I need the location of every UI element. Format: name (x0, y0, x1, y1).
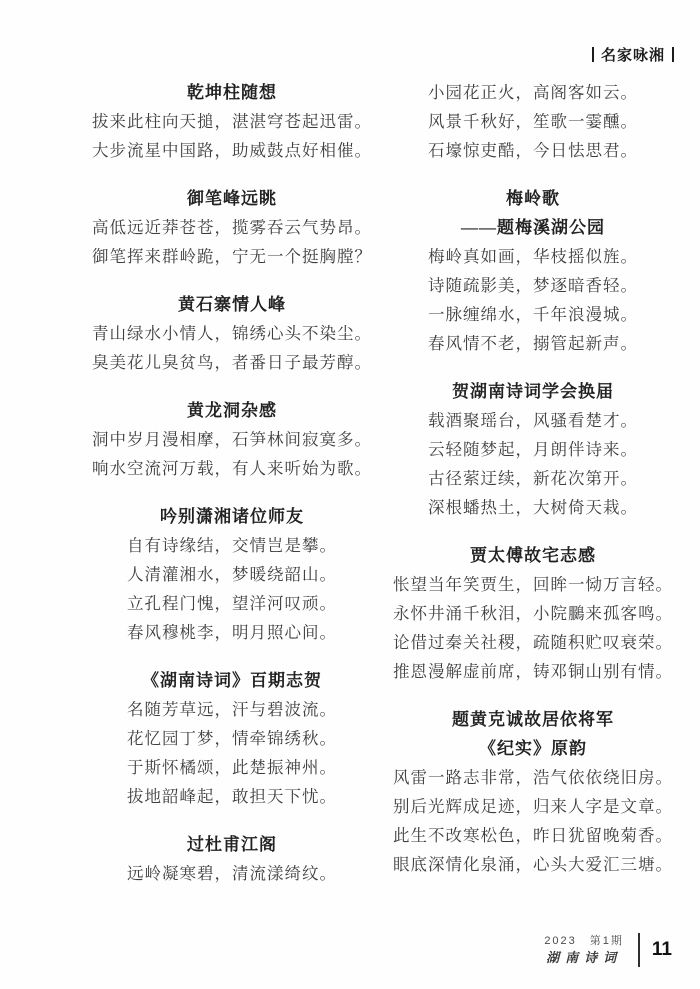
poem-line: 立孔程门愧，望洋河叹顽。 (127, 589, 337, 618)
poem-line: 眼底深情化泉涌，心头大爱汇三塘。 (393, 850, 673, 879)
poem-line: 别后光辉成足迹，归来人字是文章。 (393, 792, 673, 821)
poem-line: 春风情不老，搦管起新声。 (428, 329, 638, 358)
poem-line: 永怀井涌千秋泪，小院鵩来孤客鸣。 (393, 599, 673, 628)
poem-line: 深根蟠热土，大树倚天栽。 (428, 493, 638, 522)
poem-line: 自有诗缘结，交情岂是攀。 (127, 531, 337, 560)
footer-divider (638, 933, 640, 967)
poem-line: 诗随疏影美，梦逐暗香轻。 (428, 271, 638, 300)
poem-title: 过杜甫江阁 (187, 830, 277, 859)
poem-block: 过杜甫江阁远岭凝寒碧，清流漾绮纹。 (86, 830, 378, 888)
poem-line: 臭美花儿臭贫鸟，者番日子最芳醇。 (92, 348, 372, 377)
poem-body: 梅岭真如画，华枝摇似旌。诗随疏影美，梦逐暗香轻。一脉缠绵水，千年浪漫城。春风情不… (428, 242, 638, 358)
poem-line: 春风穆桃李，明月照心间。 (127, 618, 337, 647)
poem-title: 吟别潇湘诸位师友 (160, 502, 304, 531)
poem-line: 高低远近莽苍苍，揽雾吞云气势昂。 (92, 213, 372, 242)
poem-block: 梅岭歌——题梅溪湖公园梅岭真如画，华枝摇似旌。诗随疏影美，梦逐暗香轻。一脉缠绵水… (390, 184, 676, 358)
poem-line: 拔地韶峰起，敢担天下忧。 (127, 782, 337, 811)
poem-column-left: 乾坤柱随想拔来此柱向天搥，湛湛穹苍起迅雷。大步流星中国路，助威鼓点好相催。御笔峰… (86, 78, 378, 888)
poem-line: 怅望当年笑贾生，回眸一恸万言轻。 (393, 570, 673, 599)
poem-body: 怅望当年笑贾生，回眸一恸万言轻。永怀井涌千秋泪，小院鵩来孤客鸣。论借过秦关社稷，… (393, 570, 673, 686)
poem-block: 御笔峰远眺高低远近莽苍苍，揽雾吞云气势昂。御笔挥来群岭跪，宁无一个挺胸膛？ (86, 184, 378, 271)
poem-title: 贾太傅故宅志感 (470, 541, 596, 570)
poem-line: 此生不改寒松色，昨日犹留晚菊香。 (393, 821, 673, 850)
poem-body: 远岭凝寒碧，清流漾绮纹。 (127, 859, 337, 888)
issue-label: 2023 第1期 (544, 934, 624, 949)
header-bar-right-icon (672, 47, 674, 62)
poem-line: 大步流星中国路，助威鼓点好相催。 (92, 136, 372, 165)
poem-block: 黄石寨情人峰青山绿水小情人，锦绣心头不染尘。臭美花儿臭贫鸟，者番日子最芳醇。 (86, 290, 378, 377)
journal-name: 湖南诗词 (544, 949, 624, 967)
poem-body: 青山绿水小情人，锦绣心头不染尘。臭美花儿臭贫鸟，者番日子最芳醇。 (92, 319, 372, 377)
poem-line: 御笔挥来群岭跪，宁无一个挺胸膛？ (92, 242, 372, 271)
poem-title: 乾坤柱随想 (187, 78, 277, 107)
section-title: 名家咏湘 (601, 44, 665, 65)
poem-block: 小园花正火，高阁客如云。风景千秋好，笙歌一霎醺。石壕惊吏酷，今日怯思君。 (390, 78, 676, 165)
poem-block: 题黄克诚故居依将军《纪实》原韵风雷一路志非常，浩气依依绕旧房。别后光辉成足迹，归… (390, 705, 676, 879)
poem-block: 贺湖南诗词学会换届载酒聚瑶台，风骚看楚才。云轻随梦起，月朗伴诗来。古径萦迂续，新… (390, 377, 676, 522)
poem-body: 名随芳草远，汗与碧波流。花忆园丁梦，情牵锦绣秋。于斯怀橘颂，此楚振神州。拔地韶峰… (127, 695, 337, 811)
poem-subtitle: ——题梅溪湖公园 (461, 213, 605, 242)
poem-block: 贾太傅故宅志感怅望当年笑贾生，回眸一恸万言轻。永怀井涌千秋泪，小院鵩来孤客鸣。论… (390, 541, 676, 686)
poem-title: 《湖南诗词》百期志贺 (142, 666, 322, 695)
poem-body: 自有诗缘结，交情岂是攀。人清灌湘水，梦暖绕韶山。立孔程门愧，望洋河叹顽。春风穆桃… (127, 531, 337, 647)
poem-line: 梅岭真如画，华枝摇似旌。 (428, 242, 638, 271)
poem-line: 花忆园丁梦，情牵锦绣秋。 (127, 724, 337, 753)
poem-line: 载酒聚瑶台，风骚看楚才。 (428, 406, 638, 435)
poem-line: 风景千秋好，笙歌一霎醺。 (428, 107, 638, 136)
poem-line: 响水空流河万载，有人来听始为歌。 (92, 454, 372, 483)
poem-body: 小园花正火，高阁客如云。风景千秋好，笙歌一霎醺。石壕惊吏酷，今日怯思君。 (428, 78, 638, 165)
poem-block: 黄龙洞杂感洞中岁月漫相摩，石笋林间寂寞多。响水空流河万载，有人来听始为歌。 (86, 396, 378, 483)
poem-line: 论借过秦关社稷，疏随积贮叹衰荣。 (393, 628, 673, 657)
poem-line: 青山绿水小情人，锦绣心头不染尘。 (92, 319, 372, 348)
journal-page: 名家咏湘 乾坤柱随想拔来此柱向天搥，湛湛穹苍起迅雷。大步流星中国路，助威鼓点好相… (0, 0, 700, 989)
poem-line: 洞中岁月漫相摩，石笋林间寂寞多。 (92, 425, 372, 454)
poem-body: 载酒聚瑶台，风骚看楚才。云轻随梦起，月朗伴诗来。古径萦迂续，新花次第开。深根蟠热… (428, 406, 638, 522)
poem-column-right: 小园花正火，高阁客如云。风景千秋好，笙歌一霎醺。石壕惊吏酷，今日怯思君。梅岭歌—… (390, 78, 676, 879)
page-number: 11 (652, 939, 672, 961)
poem-line: 风雷一路志非常，浩气依依绕旧房。 (393, 763, 673, 792)
poem-block: 乾坤柱随想拔来此柱向天搥，湛湛穹苍起迅雷。大步流星中国路，助威鼓点好相催。 (86, 78, 378, 165)
poem-title: 黄龙洞杂感 (187, 396, 277, 425)
poem-line: 远岭凝寒碧，清流漾绮纹。 (127, 859, 337, 888)
poem-line: 推恩漫解虚前席，铸邓铜山别有情。 (393, 657, 673, 686)
poem-block: 《湖南诗词》百期志贺名随芳草远，汗与碧波流。花忆园丁梦，情牵锦绣秋。于斯怀橘颂，… (86, 666, 378, 811)
poem-line: 云轻随梦起，月朗伴诗来。 (428, 435, 638, 464)
poem-body: 高低远近莽苍苍，揽雾吞云气势昂。御笔挥来群岭跪，宁无一个挺胸膛？ (92, 213, 372, 271)
poem-line: 于斯怀橘颂，此楚振神州。 (127, 753, 337, 782)
poem-line: 拔来此柱向天搥，湛湛穹苍起迅雷。 (92, 107, 372, 136)
page-footer: 2023 第1期 湖南诗词 11 (544, 933, 672, 967)
poem-title: 黄石寨情人峰 (178, 290, 286, 319)
poem-line: 石壕惊吏酷，今日怯思君。 (428, 136, 638, 165)
poem-body: 风雷一路志非常，浩气依依绕旧房。别后光辉成足迹，归来人字是文章。此生不改寒松色，… (393, 763, 673, 879)
poem-line: 人清灌湘水，梦暖绕韶山。 (127, 560, 337, 589)
poem-line: 古径萦迂续，新花次第开。 (428, 464, 638, 493)
poem-title: 题黄克诚故居依将军 (452, 705, 614, 734)
poem-line: 一脉缠绵水，千年浪漫城。 (428, 300, 638, 329)
poem-line: 名随芳草远，汗与碧波流。 (127, 695, 337, 724)
poem-title: 贺湖南诗词学会换届 (452, 377, 614, 406)
poem-subtitle: 《纪实》原韵 (479, 734, 587, 763)
running-head: 名家咏湘 (592, 44, 674, 65)
poem-block: 吟别潇湘诸位师友自有诗缘结，交情岂是攀。人清灌湘水，梦暖绕韶山。立孔程门愧，望洋… (86, 502, 378, 647)
header-bar-left-icon (592, 47, 594, 62)
journal-issue-block: 2023 第1期 湖南诗词 (544, 934, 624, 967)
poem-line: 小园花正火，高阁客如云。 (428, 78, 638, 107)
poem-title: 御笔峰远眺 (187, 184, 277, 213)
poem-body: 拔来此柱向天搥，湛湛穹苍起迅雷。大步流星中国路，助威鼓点好相催。 (92, 107, 372, 165)
poem-title: 梅岭歌 (506, 184, 560, 213)
poem-body: 洞中岁月漫相摩，石笋林间寂寞多。响水空流河万载，有人来听始为歌。 (92, 425, 372, 483)
